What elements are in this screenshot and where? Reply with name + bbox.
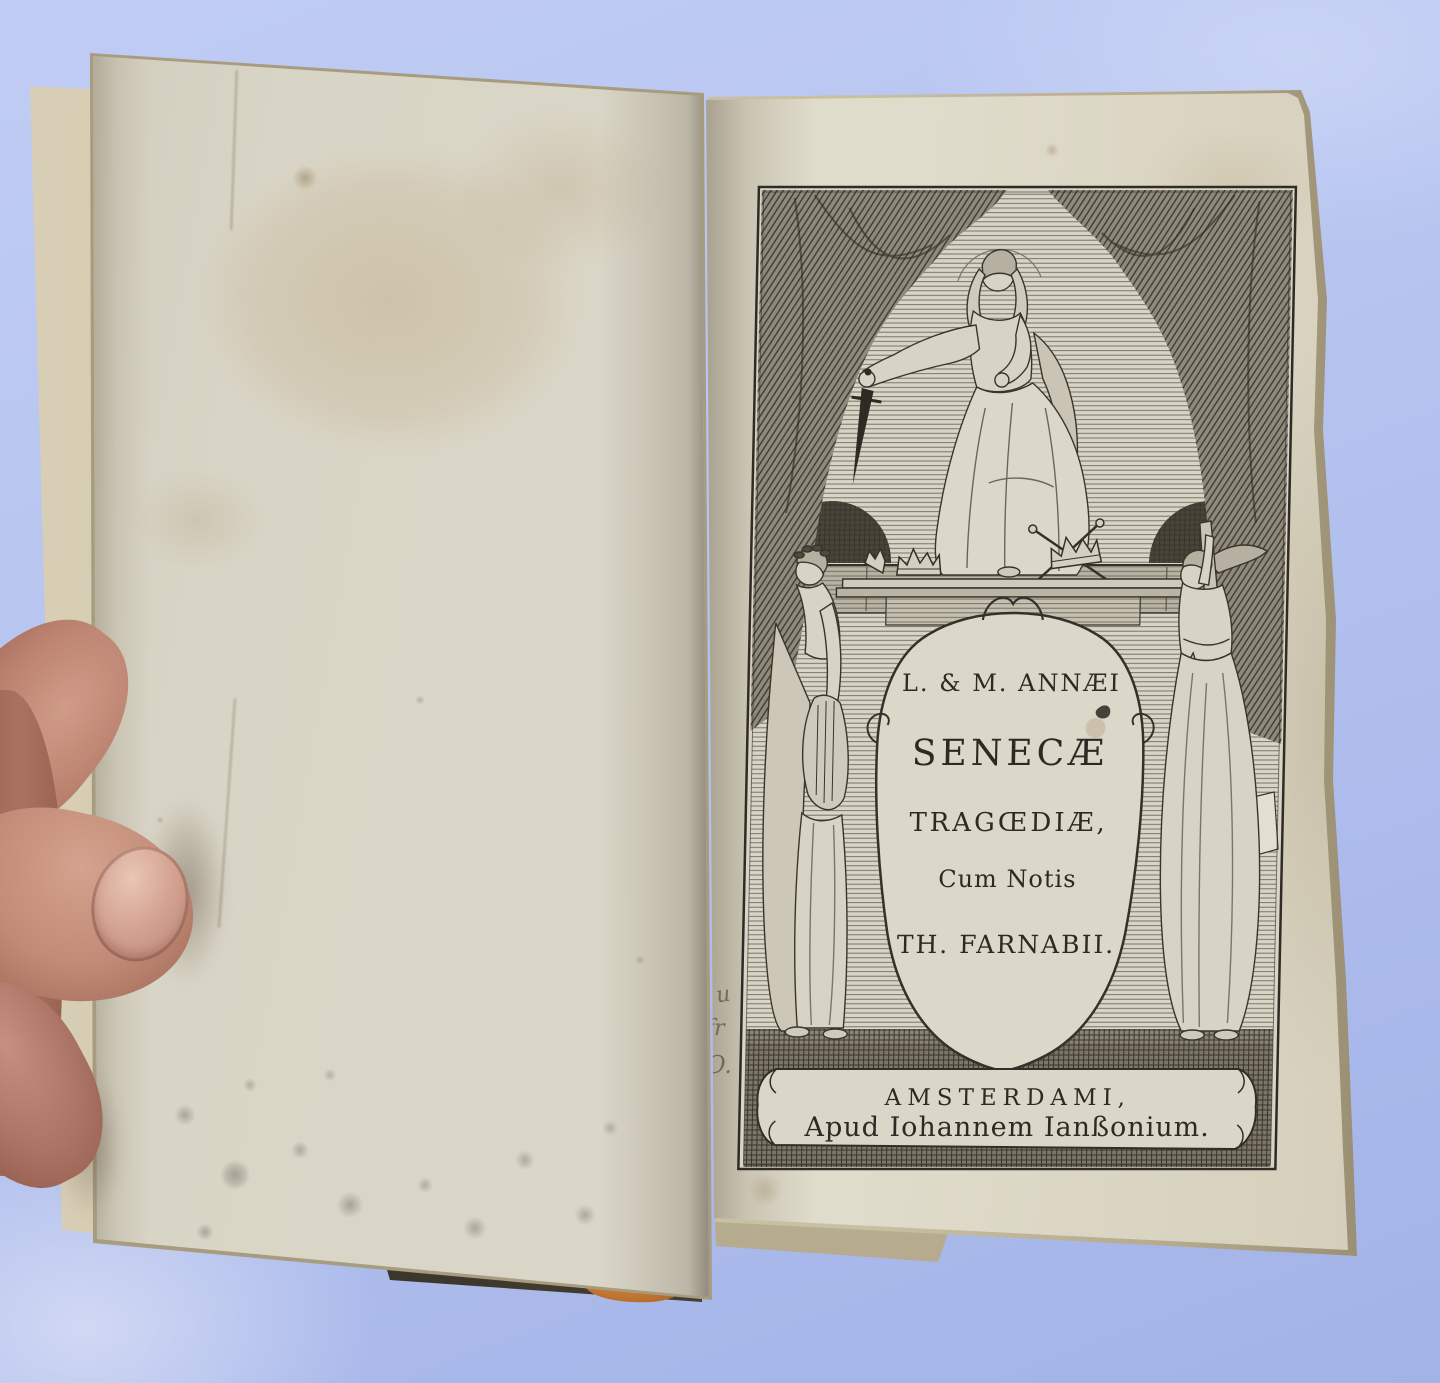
- photo-of-open-book: u fr O.: [0, 0, 1440, 1383]
- imprint-banner-drawing: AMSTERDAMI, Apud Iohannem Ianßonium.: [756, 1069, 1256, 1149]
- title-line-5: TH. FARNABII.: [897, 930, 1116, 959]
- title-line-1: L. & M. ANNÆI: [902, 669, 1121, 697]
- engraved-frontispiece: L. & M. ANNÆI SENECÆ TRAGŒDIÆ, Cum Notis…: [734, 183, 1300, 1173]
- title-line-4: Cum Notis: [938, 865, 1077, 893]
- title-line-3: TRAGŒDIÆ,: [909, 808, 1108, 838]
- imprint-line-1: AMSTERDAMI,: [883, 1085, 1131, 1111]
- imprint-line-2: Apud Iohannem Ianßonium.: [803, 1112, 1210, 1143]
- title-line-2: SENECÆ: [911, 733, 1108, 774]
- page-crease: [230, 70, 238, 230]
